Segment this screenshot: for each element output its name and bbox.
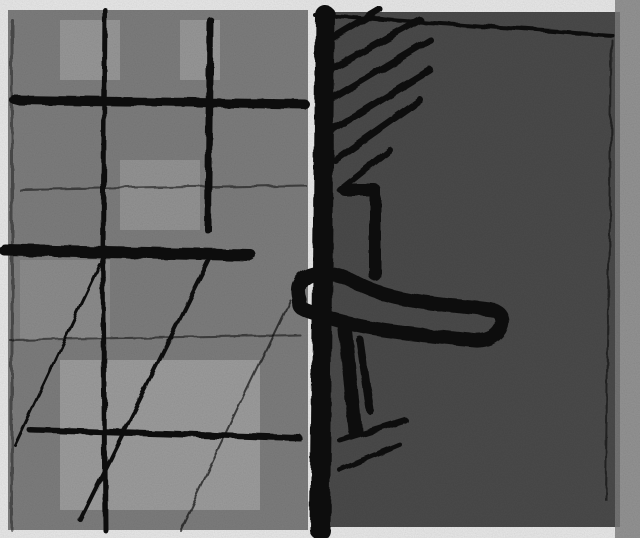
door-panel	[320, 12, 620, 527]
window-area	[8, 10, 308, 530]
painting-svg	[0, 0, 640, 538]
ink-painting: Monochrome ink-wash painting of a window…	[0, 0, 640, 538]
